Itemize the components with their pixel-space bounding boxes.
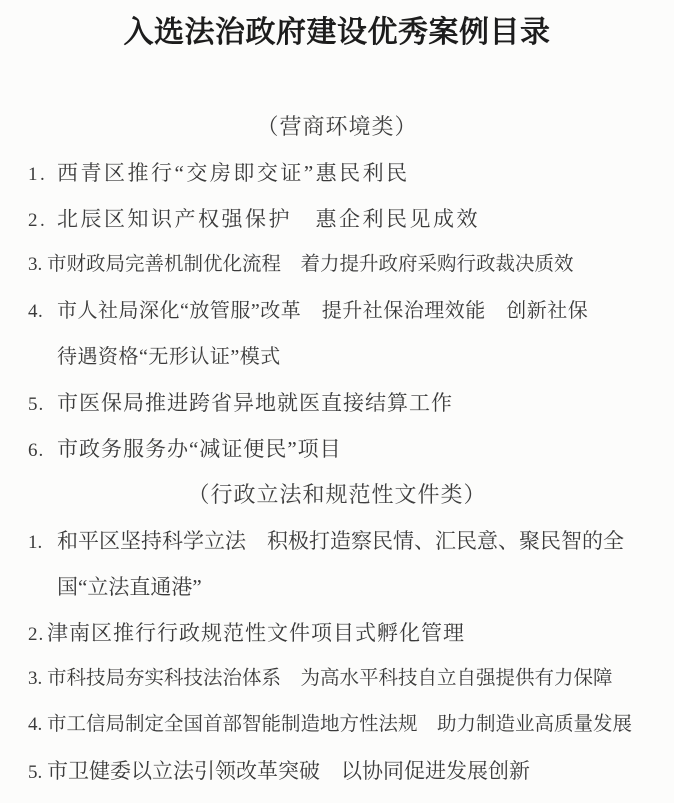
toc-item: 3.市科技局夯实科技法治体系 为高水平科技自立自强提供有力保障	[28, 656, 674, 702]
section-item-list: 1.西青区推行“交房即交证”惠民利民 2.北辰区知识产权强保护 惠企利民见成效 …	[0, 150, 674, 472]
item-number: 3.	[28, 656, 47, 702]
toc-item-line: 5.市医保局推进跨省异地就医直接结算工作	[28, 380, 674, 426]
item-number: 4.	[28, 702, 47, 748]
item-number: 3.	[28, 242, 47, 288]
item-number: 6.	[28, 428, 57, 474]
item-number: 1.	[28, 152, 57, 198]
toc-item-line: 6.市政务服务办“减证便民”项目	[28, 426, 674, 472]
toc-item: 5.市卫健委以立法引领改革突破 以协同促进发展创新	[28, 748, 674, 794]
toc-item-line: 1.和平区坚持科学立法 积极打造察民情、汇民意、聚民智的全	[28, 518, 674, 564]
toc-item: 2.津南区推行行政规范性文件项目式孵化管理	[28, 610, 674, 656]
item-text: 市工信局制定全国首部智能制造地方性法规 助力制造业高质量发展	[47, 714, 632, 735]
section-header: （营商环境类）	[0, 104, 674, 150]
item-text: 国“立法直通港”	[57, 575, 202, 599]
toc-item-line: 2.北辰区知识产权强保护 惠企利民见成效	[28, 196, 674, 242]
section-header: （行政立法和规范性文件类）	[0, 472, 674, 518]
item-text: 市卫健委以立法引领改革突破 以协同促进发展创新	[47, 759, 530, 783]
page-title: 入选法治政府建设优秀案例目录	[0, 0, 674, 53]
item-text: 北辰区知识产权强保护 惠企利民见成效	[57, 207, 480, 231]
item-text: 西青区推行“交房即交证”惠民利民	[57, 161, 410, 185]
toc-item-line: 4.市工信局制定全国首部智能制造地方性法规 助力制造业高质量发展	[28, 702, 674, 748]
toc-item-line: 4.市人社局深化“放管服”改革 提升社保治理效能 创新社保	[28, 288, 674, 334]
toc-item-line: 5.市卫健委以立法引领改革突破 以协同促进发展创新	[28, 748, 674, 794]
item-text: 市医保局推进跨省异地就医直接结算工作	[57, 391, 453, 415]
item-text: 津南区推行行政规范性文件项目式孵化管理	[47, 621, 465, 645]
section-business-environment: （营商环境类） 1.西青区推行“交房即交证”惠民利民 2.北辰区知识产权强保护 …	[0, 104, 674, 472]
item-number: 5.	[28, 750, 47, 796]
item-number: 2.	[28, 612, 47, 658]
toc-item-line: 2.津南区推行行政规范性文件项目式孵化管理	[28, 610, 674, 656]
toc-item: 2.北辰区知识产权强保护 惠企利民见成效	[28, 196, 674, 242]
document-page: 入选法治政府建设优秀案例目录 （营商环境类） 1.西青区推行“交房即交证”惠民利…	[0, 0, 674, 803]
item-text: 市科技局夯实科技法治体系 为高水平科技自立自强提供有力保障	[47, 668, 613, 689]
item-text: 市财政局完善机制优化流程 着力提升政府采购行政裁决质效	[47, 254, 574, 275]
toc-item: 4.市工信局制定全国首部智能制造地方性法规 助力制造业高质量发展	[28, 702, 674, 748]
item-text: 和平区坚持科学立法 积极打造察民情、汇民意、聚民智的全	[57, 529, 624, 553]
item-text: 市人社局深化“放管服”改革 提升社保治理效能 创新社保	[57, 300, 588, 322]
item-number: 1.	[28, 520, 57, 566]
toc-item: 5.市医保局推进跨省异地就医直接结算工作	[28, 380, 674, 426]
toc-item: 3.市财政局完善机制优化流程 着力提升政府采购行政裁决质效	[28, 242, 674, 288]
section-administrative-legislation: （行政立法和规范性文件类） 1.和平区坚持科学立法 积极打造察民情、汇民意、聚民…	[0, 472, 674, 794]
item-number: 2.	[28, 198, 57, 244]
toc-item-line: 1.西青区推行“交房即交证”惠民利民	[28, 150, 674, 196]
item-number: 5.	[28, 382, 57, 428]
toc-item-line-continuation: 国“立法直通港”	[28, 564, 674, 610]
toc-item: 6.市政务服务办“减证便民”项目	[28, 426, 674, 472]
item-text: 市政务服务办“减证便民”项目	[57, 437, 342, 461]
item-number: 4.	[28, 289, 57, 335]
toc-item: 4.市人社局深化“放管服”改革 提升社保治理效能 创新社保 待遇资格“无形认证”…	[28, 288, 674, 380]
toc-item-line-continuation: 待遇资格“无形认证”模式	[28, 334, 674, 380]
toc-item-line: 3.市科技局夯实科技法治体系 为高水平科技自立自强提供有力保障	[28, 656, 674, 702]
toc-item-line: 3.市财政局完善机制优化流程 着力提升政府采购行政裁决质效	[28, 242, 674, 288]
item-text: 待遇资格“无形认证”模式	[57, 346, 281, 368]
section-item-list: 1.和平区坚持科学立法 积极打造察民情、汇民意、聚民智的全 国“立法直通港” 2…	[0, 518, 674, 794]
toc-item: 1.西青区推行“交房即交证”惠民利民	[28, 150, 674, 196]
toc-item: 1.和平区坚持科学立法 积极打造察民情、汇民意、聚民智的全 国“立法直通港”	[28, 518, 674, 610]
